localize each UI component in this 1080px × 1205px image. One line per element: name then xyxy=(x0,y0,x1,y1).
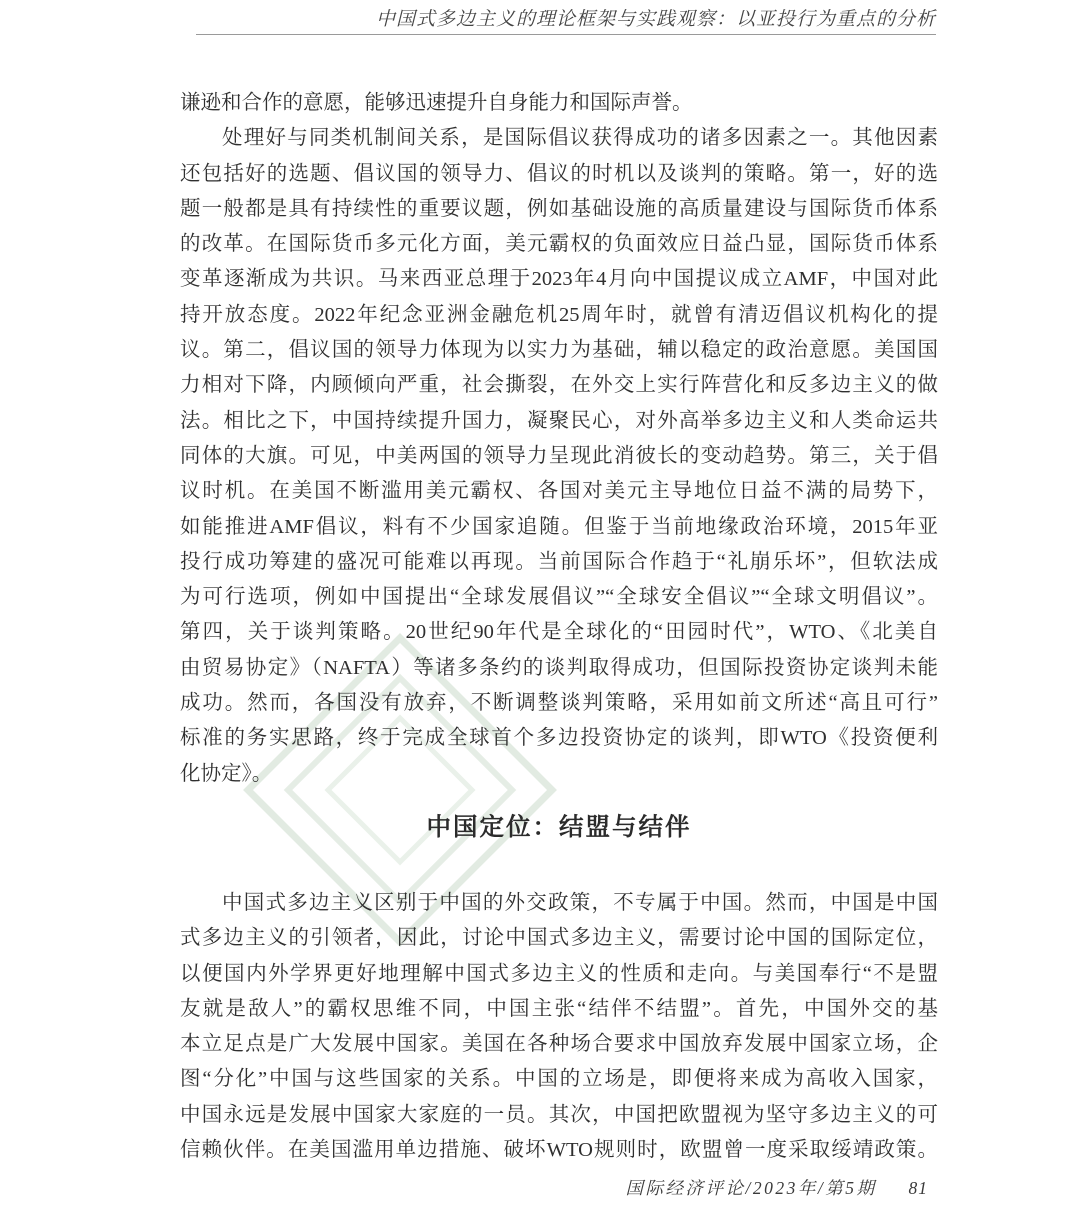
text-line: 式多边主义的引领者，因此，讨论中国式多边主义，需要讨论中国的国际定位， xyxy=(180,921,938,956)
text-line: 法。相比之下，中国持续提升国力，凝聚民心，对外高举多边主义和人类命运共 xyxy=(180,404,938,439)
text-line: 为可行选项，例如中国提出“全球发展倡议”“全球安全倡议”“全球文明倡议”。 xyxy=(180,580,938,615)
text-line: 力相对下降，内顾倾向严重，社会撕裂，在外交上实行阵营化和反多边主义的做 xyxy=(180,368,938,403)
section-heading: 中国定位：结盟与结伴 xyxy=(180,810,938,846)
text-line: 本立足点是广大发展中国家。美国在各种场合要求中国放弃发展中国家立场，企 xyxy=(180,1027,938,1062)
running-header-title: 中国式多边主义的理论框架与实践观察：以亚投行为重点的分析 xyxy=(180,7,936,33)
text-line: 第四，关于谈判策略。20世纪90年代是全球化的“田园时代”，WTO、《北美自 xyxy=(180,615,938,650)
text-line: 处理好与同类机制间关系，是国际倡议获得成功的诸多因素之一。其他因素 xyxy=(180,121,938,156)
article-body: 谦逊和合作的意愿，能够迅速提升自身能力和国际声誉。 处理好与同类机制间关系，是国… xyxy=(180,86,938,1168)
text-line: 如能推进AMF倡议，料有不少国家追随。但鉴于当前地缘政治环境，2015年亚 xyxy=(180,510,938,545)
text-line: 投行成功筹建的盛况可能难以再现。当前国际合作趋于“礼崩乐坏”，但软法成 xyxy=(180,545,938,580)
page-footer: 国际经济评论/2023年/第5期81 xyxy=(180,1176,928,1200)
text-line: 题一般都是具有持续性的重要议题，例如基础设施的高质量建设与国际货币体系 xyxy=(180,192,938,227)
text-line: 由贸易协定》（NAFTA）等诸多条约的谈判取得成功，但国际投资协定谈判未能 xyxy=(180,651,938,686)
text-line: 信赖伙伴。在美国滥用单边措施、破坏WTO规则时，欧盟曾一度采取绥靖政策。 xyxy=(180,1133,938,1168)
text-line: 化协定》。 xyxy=(180,757,938,792)
text-line: 图“分化”中国与这些国家的关系。中国的立场是，即便将来成为高收入国家， xyxy=(180,1062,938,1097)
text-line: 中国式多边主义区别于中国的外交政策，不专属于中国。然而，中国是中国 xyxy=(180,886,938,921)
footer-journal-info: 国际经济评论/2023年/第5期 xyxy=(626,1178,877,1198)
header-divider xyxy=(196,34,936,35)
text-line: 成功。然而，各国没有放弃，不断调整谈判策略，采用如前文所述“高且可行” xyxy=(180,686,938,721)
text-line: 谦逊和合作的意愿，能够迅速提升自身能力和国际声誉。 xyxy=(180,86,938,121)
text-line: 友就是敌人”的霸权思维不同，中国主张“结伴不结盟”。首先，中国外交的基 xyxy=(180,992,938,1027)
footer-page-number: 81 xyxy=(909,1178,929,1198)
text-line: 中国永远是发展中国家大家庭的一员。其次，中国把欧盟视为坚守多边主义的可 xyxy=(180,1098,938,1133)
text-line: 以便国内外学界更好地理解中国式多边主义的性质和走向。与美国奉行“不是盟 xyxy=(180,957,938,992)
text-line: 议时机。在美国不断滥用美元霸权、各国对美元主导地位日益不满的局势下， xyxy=(180,474,938,509)
text-line: 持开放态度。2022年纪念亚洲金融危机25周年时，就曾有清迈倡议机构化的提 xyxy=(180,298,938,333)
text-line: 还包括好的选题、倡议国的领导力、倡议的时机以及谈判的策略。第一，好的选 xyxy=(180,157,938,192)
text-line: 同体的大旗。可见，中美两国的领导力呈现此消彼长的变动趋势。第三，关于倡 xyxy=(180,439,938,474)
text-line: 变革逐渐成为共识。马来西亚总理于2023年4月向中国提议成立AMF，中国对此 xyxy=(180,262,938,297)
text-line: 标准的务实思路，终于完成全球首个多边投资协定的谈判，即WTO《投资便利 xyxy=(180,721,938,756)
text-line: 议。第二，倡议国的领导力体现为以实力为基础，辅以稳定的政治意愿。美国国 xyxy=(180,333,938,368)
text-line: 的改革。在国际货币多元化方面，美元霸权的负面效应日益凸显，国际货币体系 xyxy=(180,227,938,262)
